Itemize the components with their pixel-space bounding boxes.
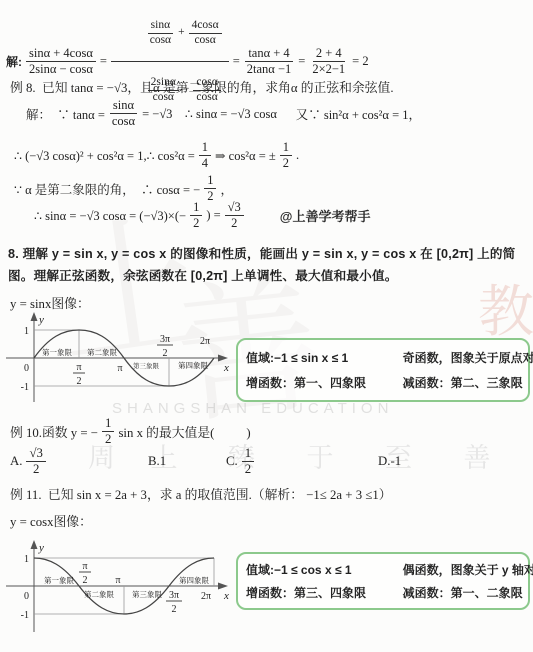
- x-axis-arrow-icon: [218, 355, 228, 362]
- option-d: D.-1: [378, 454, 401, 469]
- fraction-denominator: 2×2−1: [309, 62, 348, 77]
- fraction-numerator: 4cosα: [189, 19, 222, 34]
- math-text: 又∵ sin²α + cos²α = 1，: [277, 105, 421, 123]
- fraction: 4cosα cosα: [189, 19, 222, 48]
- example8-line4: ∴ sinα = −√3 cosα = (−√3)×(− 1 2 ) = √3 …: [34, 200, 370, 231]
- x-axis-arrow-icon: [218, 583, 228, 590]
- quadrant3-label: 第三象限: [133, 361, 160, 370]
- tick-zero: 0: [24, 363, 29, 374]
- fraction-numerator: 1: [280, 140, 292, 156]
- content-layer: 解: sinα + 4cosα 2sinα − cosα = sinα cosα…: [0, 0, 533, 652]
- y-axis-label: y: [38, 314, 44, 326]
- math-notes-page: 上 善 教 SHANGSHAN EDUCATION 周 上 臻 于 至 善 解:…: [0, 0, 533, 652]
- fraction-denominator: 4: [199, 156, 211, 171]
- cosine-decreasing: 减函数：第一、二象限: [395, 584, 528, 601]
- example8-title: 例 8. 已知 tanα = −√3，且α 是第二象限的角，求角α 的正弦和余弦…: [10, 77, 394, 96]
- tick-neg-one: -1: [21, 610, 29, 621]
- math-text: = −√3 ∴ sinα = −√3 cosα: [142, 106, 277, 122]
- fraction: sinα + 4cosα 2sinα − cosα: [26, 46, 96, 77]
- fraction-denominator: 2: [30, 462, 42, 477]
- fraction-numerator: sinα: [110, 98, 137, 114]
- option-b: B.1: [148, 454, 226, 469]
- option-a: A. √3 2: [10, 446, 148, 478]
- cosine-graph: y x 1 0 -1 第一象限 π 2 第二象限 π 第三象限 3π 2 第四象…: [4, 538, 232, 638]
- fraction: √3 2: [225, 200, 244, 231]
- tick-pi-half-denominator: 2: [83, 575, 88, 586]
- fraction: 1 2: [102, 416, 114, 448]
- fraction-denominator: 2: [190, 216, 202, 231]
- tick-one: 1: [24, 554, 29, 565]
- tick-pi: π: [117, 363, 122, 374]
- math-text: 解： ∵ tanα =: [26, 105, 105, 123]
- cosine-parity: 偶函数，图象关于 y 轴对称: [395, 561, 528, 578]
- fraction-numerator: √3: [225, 200, 244, 216]
- fraction: sinα cosα: [109, 98, 138, 129]
- option-a-label: A.: [10, 454, 22, 469]
- sine-properties-box: 值域:−1 ≤ sin x ≤ 1 奇函数，图象关于原点对称 增函数：第一、四象…: [236, 338, 530, 402]
- tick-three-pi-half-denominator: 2: [172, 604, 177, 615]
- tick-two-pi: 2π: [201, 591, 211, 602]
- fraction-numerator: 1: [190, 200, 202, 216]
- fraction-numerator: tanα + 4: [245, 46, 292, 62]
- tick-two-pi: 2π: [200, 336, 210, 347]
- fraction-denominator: cosα: [147, 34, 174, 48]
- math-text: ∴ sinα = −√3 cosα = (−√3)×(−: [34, 208, 186, 224]
- fraction-denominator: 2: [280, 156, 292, 171]
- fraction-denominator: 2: [228, 216, 240, 231]
- tick-pi-half-numerator: π: [82, 561, 87, 572]
- y-axis-arrow-icon: [31, 312, 38, 321]
- fraction-numerator: sinα + 4cosα: [26, 46, 96, 62]
- fraction-denominator: cosα: [191, 34, 218, 48]
- y-axis-label: y: [38, 542, 44, 554]
- sine-graph: y x 1 0 -1 第一象限 第二象限 第三象限 第四象限 π 2 π 3π …: [4, 310, 232, 406]
- sine-decreasing: 减函数：第二、三象限: [395, 374, 528, 391]
- fraction-numerator: 1: [102, 416, 114, 432]
- fraction-denominator: 2sinα − cosα: [26, 62, 96, 77]
- equals-sign: =: [100, 54, 107, 69]
- quadrant2-label: 第二象限: [84, 589, 114, 599]
- option-c: C. 1 2: [226, 446, 378, 478]
- example8-line1: 解： ∵ tanα = sinα cosα = −√3 ∴ sinα = −√3…: [26, 98, 421, 129]
- fraction: 1 4: [199, 140, 211, 171]
- fraction-denominator: 2: [242, 462, 254, 477]
- result-text: = 2: [352, 54, 368, 69]
- fraction: 1 2: [280, 140, 292, 171]
- fraction: 2 + 4 2×2−1: [309, 46, 348, 77]
- math-text: 例 10.函数 y = −: [10, 422, 98, 441]
- tick-pi-half-denominator: 2: [77, 376, 82, 387]
- sine-parity: 奇函数，图象关于原点对称: [395, 349, 528, 366]
- fraction-numerator: 1: [199, 140, 211, 156]
- fraction-numerator: 2 + 4: [313, 46, 345, 62]
- cosine-properties-box: 值域:−1 ≤ cos x ≤ 1 偶函数，图象关于 y 轴对称 增函数：第三、…: [236, 552, 530, 610]
- cosine-range: 值域:−1 ≤ cos x ≤ 1: [238, 561, 395, 578]
- tick-pi-half-numerator: π: [76, 362, 81, 373]
- quadrant1-label: 第一象限: [42, 347, 72, 357]
- sine-range: 值域:−1 ≤ sin x ≤ 1: [238, 349, 395, 366]
- axes: [6, 544, 222, 632]
- tick-neg-one: -1: [21, 382, 29, 393]
- x-axis-label: x: [223, 362, 229, 374]
- equals-sign: =: [233, 54, 240, 69]
- equals-sign: =: [298, 54, 305, 69]
- fraction-numerator: √3: [26, 446, 45, 462]
- quadrant2-label: 第二象限: [87, 347, 117, 357]
- math-text: ，: [220, 180, 233, 198]
- example10-options: A. √3 2 B.1 C. 1 2 D.-1: [10, 446, 524, 478]
- example10-question: 例 10.函数 y = − 1 2 sin x 的最大值是( ): [10, 416, 251, 448]
- author-handle: @上善学考帮手: [280, 206, 371, 225]
- fraction-denominator: cosα: [109, 114, 138, 129]
- cosine-increasing: 增函数：第三、四象限: [238, 584, 395, 601]
- x-axis-label: x: [223, 590, 229, 602]
- fraction: 1 2: [190, 200, 202, 231]
- fraction-numerator: 1: [242, 446, 254, 462]
- tick-zero: 0: [24, 591, 29, 602]
- plus-sign: +: [178, 26, 185, 40]
- fraction-numerator: sinα: [148, 19, 173, 34]
- option-c-label: C.: [226, 454, 238, 469]
- tick-three-pi-half-denominator: 2: [163, 348, 168, 359]
- section8-paragraph: 8. 理解 y = sin x, y = cos x 的图像和性质，能画出 y …: [8, 243, 527, 287]
- fraction-denominator: 2tanα −1: [244, 62, 295, 77]
- math-text: ∵ α 是第二象限的角， ∴ cosα = −: [14, 180, 200, 198]
- quadrant4-label: 第四象限: [178, 360, 208, 370]
- quadrant4-label: 第四象限: [179, 575, 209, 585]
- tick-pi: π: [115, 575, 120, 586]
- tick-three-pi-half-numerator: 3π: [160, 334, 170, 345]
- math-text: ) =: [206, 208, 220, 223]
- example8-line2: ∴ (−√3 cosα)² + cos²α = 1,∴ cos²α = 1 4 …: [14, 140, 299, 171]
- math-text: ⇒ cos²α = ±: [215, 148, 276, 164]
- fraction-numerator: 1: [204, 173, 216, 189]
- quadrant1-label: 第一象限: [44, 575, 74, 585]
- quadrant3-label: 第三象限: [132, 589, 162, 599]
- tick-one: 1: [24, 326, 29, 337]
- math-text: .: [296, 148, 299, 163]
- y-axis-arrow-icon: [31, 540, 38, 549]
- sine-increasing: 增函数：第一、四象限: [238, 374, 395, 391]
- fraction: sinα cosα: [147, 19, 174, 48]
- cosine-caption: y = cosx图像：: [10, 511, 92, 530]
- example11-question: 例 11. 已知 sin x = 2a + 3，求 a 的取值范围.（解析： −…: [10, 484, 392, 503]
- nested-numerator: sinα cosα + 4cosα cosα: [111, 5, 229, 62]
- fraction: √3 2: [26, 446, 45, 478]
- tick-three-pi-half-numerator: 3π: [169, 590, 179, 601]
- fraction: tanα + 4 2tanα −1: [244, 46, 295, 77]
- math-text: ∴ (−√3 cosα)² + cos²α = 1,∴ cos²α =: [14, 148, 195, 164]
- math-text: sin x 的最大值是( ): [118, 422, 250, 441]
- fraction: 1 2: [242, 446, 254, 478]
- solution-label: 解:: [6, 53, 22, 70]
- axes: [6, 316, 222, 402]
